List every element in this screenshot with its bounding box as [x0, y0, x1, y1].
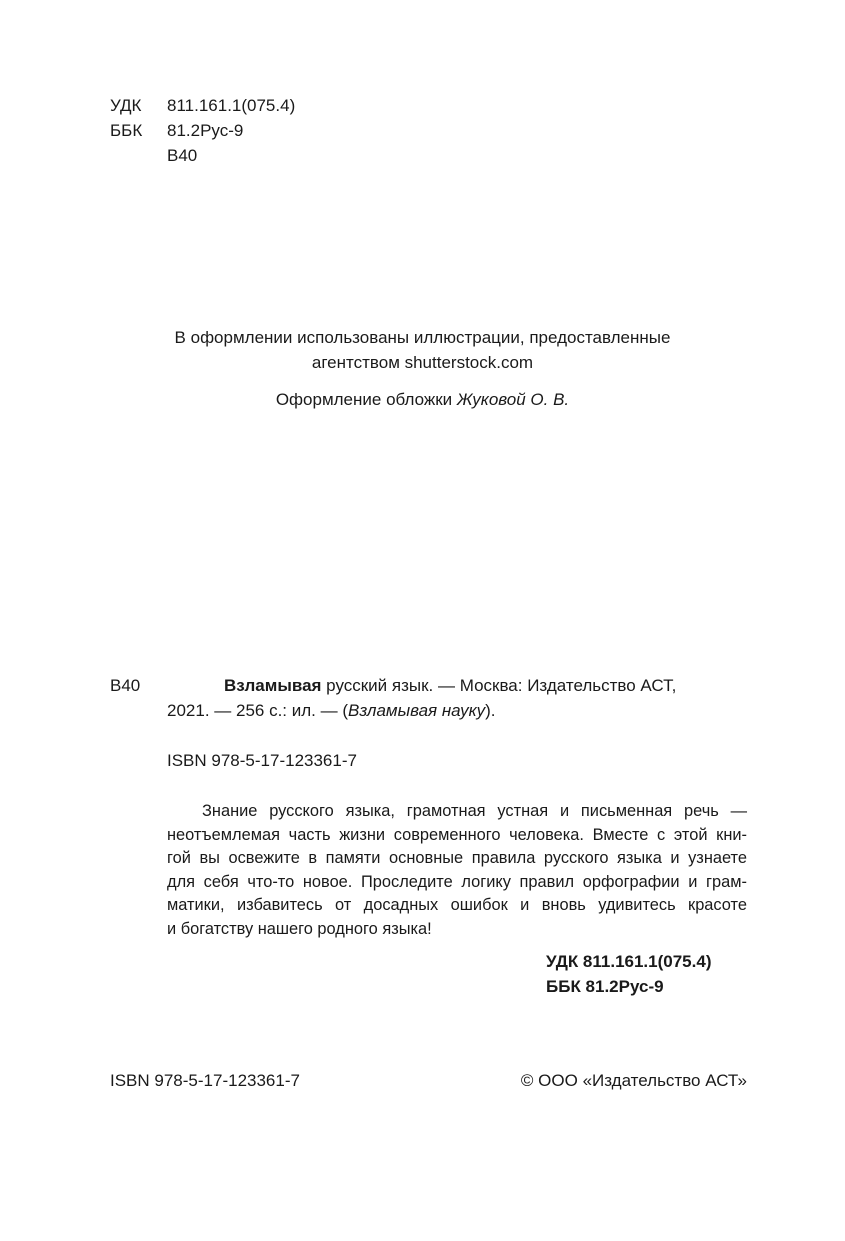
bib-line2-suffix: ).	[485, 701, 495, 720]
illustrations-credit-line2: агентством shutterstock.com	[0, 354, 845, 371]
annotation-line: гой вы освежите в памяти основные правил…	[167, 847, 747, 871]
series-title: Взламывая науку	[348, 701, 485, 720]
bib-line1: Взламывая русский язык. — Москва: Издате…	[224, 677, 676, 694]
book-title: Взламывая	[224, 676, 321, 695]
udk-label: УДК	[110, 97, 141, 114]
annotation-line: неотъемлемая часть жизни современного че…	[167, 824, 747, 848]
annotation: Знание русского языка, грамотная устная …	[167, 800, 747, 941]
footer-isbn: ISBN 978-5-17-123361-7	[110, 1072, 300, 1089]
bbk-label: ББК	[110, 122, 142, 139]
cover-credit: Оформление обложки Жуковой О. В.	[0, 391, 845, 408]
annotation-line: и богатству нашего родного языка!	[167, 918, 747, 942]
illustrations-credit-line1: В оформлении использованы иллюстрации, п…	[0, 329, 845, 346]
annotation-line: для себя что-то новое. Проследите логику…	[167, 871, 747, 895]
udk-classification: УДК 811.161.1(075.4)	[546, 953, 711, 970]
cover-credit-prefix: Оформление обложки	[276, 390, 457, 409]
copyright: © ООО «Издательство АСТ»	[521, 1072, 747, 1089]
udk-value: 811.161.1(075.4)	[167, 97, 295, 114]
bib-line2-prefix: 2021. — 256 с.: ил. — (	[167, 701, 348, 720]
annotation-line: Знание русского языка, грамотная устная …	[167, 800, 747, 824]
bib-author-mark: В40	[110, 677, 140, 694]
cover-credit-author: Жуковой О. В.	[457, 390, 569, 409]
author-mark: В40	[167, 147, 197, 164]
bib-line2: 2021. — 256 с.: ил. — (Взламывая науку).	[167, 702, 496, 719]
bbk-value: 81.2Рус-9	[167, 122, 243, 139]
annotation-line: матики, избавитесь от досадных ошибок и …	[167, 894, 747, 918]
bib-isbn: ISBN 978-5-17-123361-7	[167, 752, 357, 769]
bbk-classification: ББК 81.2Рус-9	[546, 978, 664, 995]
bib-line1-rest: русский язык. — Москва: Издательство АСТ…	[321, 676, 676, 695]
